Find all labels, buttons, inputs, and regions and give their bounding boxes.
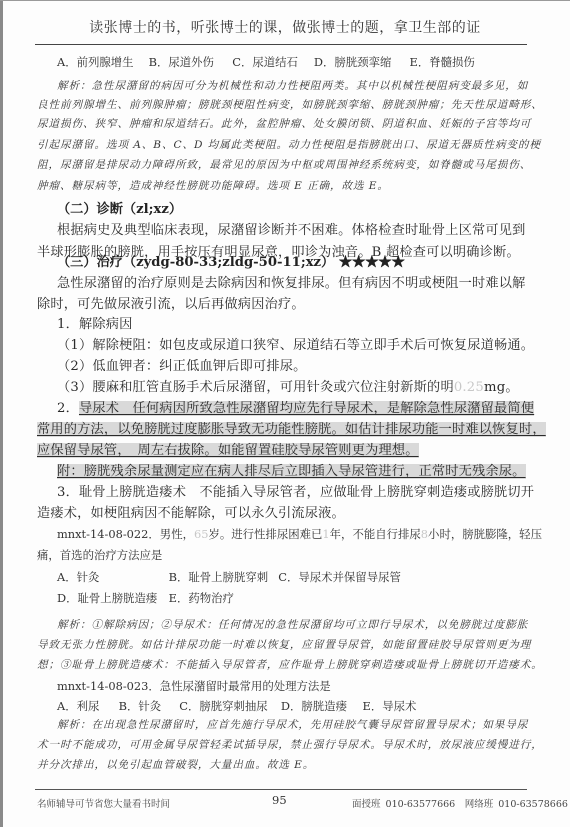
diagnosis-text: 根据病史及典型临床表现，尿潴留诊断并不困难。体格检查时耻骨上区常可见到 xyxy=(57,219,547,238)
duration-value: 1 xyxy=(322,527,329,541)
explanation-line: 阻，尿潴留是排尿动力障碍所致，最常见的原因为中枢或周围神经系统病变，如脊髓或马尾… xyxy=(37,157,527,172)
treatment-item-3-cont: 造瘘术，如梗阻病因不能解除，可以永久引流尿液。 xyxy=(37,502,527,521)
option-e: E．脊髓损伤 xyxy=(410,54,475,70)
highlighted-text: 应保留导尿管， 周左右拔除。如能留置硅胶导尿管则更为理想。 xyxy=(37,443,419,458)
question-options: A．针灸 B．耻骨上膀胱穿刺 C．导尿术并保留导尿管 xyxy=(57,569,547,585)
option-c: C．导尿术并保留导尿管 xyxy=(278,569,401,585)
footer-slogan: 名师辅导可节省您大量看书时间 xyxy=(37,796,170,810)
stem-text: mnxt-14-08-022．男性， xyxy=(57,527,194,541)
footer-contact: 面授班 010-63577666 网络班 010-63578666 xyxy=(352,796,568,810)
option-b: B．尿道外伤 xyxy=(149,54,229,70)
treatment-sub-item: （2）低血钾者：纠正低血钾后即可排尿。 xyxy=(57,355,547,374)
treatment-sub-item: （1）解除梗阻：如包皮或尿道口狭窄、尿道结石等立即手术后可恢复尿道畅通。 xyxy=(57,334,547,353)
option-e: E．导尿术 xyxy=(363,698,417,714)
question-options: D．耻骨上膀胱造瘘 E．药物治疗 xyxy=(57,590,547,606)
treatment-intro: 急性尿潴留的治疗原则是去除病因和恢复排尿。但有病因不明或梗阻一时难以解 xyxy=(57,272,547,291)
dose-value: 0.25 xyxy=(454,380,484,395)
section-heading-treatment: （三）治疗（zydg-80-33;zldg-50-11;xz） ★★★★★ xyxy=(57,251,547,270)
option-a: A．前列腺增生 xyxy=(57,54,145,70)
explanation-line: 肿瘤、糖尿病等，造成神经性膀胱功能障碍。选项 E 正确，故选 E。 xyxy=(37,178,527,193)
stem-text: 小时，膀胱膨隆，轻压 xyxy=(428,527,542,541)
option-d: D．膀胱颈挛缩 xyxy=(314,54,406,70)
treatment-note: 附：膀胱残余尿量测定应在病人排尽后立即插入导尿管进行，正常时无残余尿。 xyxy=(57,460,547,479)
item-number: 2． xyxy=(57,401,79,416)
importance-stars-icon: ★★★★★ xyxy=(339,255,405,270)
stem-text: 岁。进行性排尿困难已 xyxy=(208,527,322,541)
page-top-border xyxy=(0,0,570,1)
treatment-heading-text: （三）治疗（zydg-80-33;zldg-50-11;xz） xyxy=(57,255,334,270)
prev-question-options: A．前列腺增生 B．尿道外伤 C．尿道结石 D．膀胱颈挛缩 E．脊髓损伤 xyxy=(57,54,547,70)
question-stem-cont: 痛，首选的治疗方法应是 xyxy=(37,547,527,563)
option-b: B．耻骨上膀胱穿刺 xyxy=(169,569,275,585)
sub-item-text: （3）腰麻和肛管直肠手术后尿潴留，可用针灸或穴位注射新斯的明 xyxy=(57,380,454,395)
footer-divider xyxy=(35,789,527,790)
option-b: B．针灸 xyxy=(119,698,176,714)
treatment-intro: 除时，可先做尿液引流，以后再做病因治疗。 xyxy=(37,293,527,312)
explanation-line: 引起尿潴留。选项 A、B、C、D 均属此类梗阻。动力性梗阻是指膀胱出口、尿道无器… xyxy=(37,137,527,152)
explanation-line: 术一时不能成功，可用金属导尿管轻柔试插导尿，禁止强行导尿术。导尿术时，放尿液应缓… xyxy=(37,737,527,752)
explanation-line: 解析：在出现急性尿潴留时，应首先施行导尿术，先用硅胶气囊导尿管留置导尿术；如果导… xyxy=(57,717,547,732)
question-options: A．利尿 B．针灸 C．膀胱穿刺抽尿 D．膀胱造瘘 E．导尿术 xyxy=(57,698,547,714)
treatment-item-2-cont: 常用的方法，以免膀胱过度膨胀导致无功能性膀胱。如估计排尿功能一时难以恢复时， xyxy=(37,418,527,437)
hours-value: 8 xyxy=(421,527,428,541)
explanation-line: 良性前列腺增生、前列腺肿瘤；膀胱颈梗阻性病变，如膀胱颈挛缩、膀胱颈肿瘤；先天性尿… xyxy=(37,97,527,112)
age-value: 65 xyxy=(194,527,209,541)
explanation-line: 导致无张力性膀胱。如估计排尿功能一时难以恢复，应留置导尿管，如能留置硅胶导尿管则… xyxy=(37,637,527,652)
section-heading-diagnosis: （二）诊断（zl;xz） xyxy=(57,198,547,217)
explanation-line: 解析：①解除病因；②导尿术：任何情况的急性尿潴留均可立即行导尿术，以免膀胱过度膨… xyxy=(57,617,547,632)
option-c: C．膀胱穿刺抽尿 xyxy=(179,698,277,714)
question-stem: mnxt-14-08-022．男性，65岁。进行性排尿困难已1年，不能自行排尿8… xyxy=(57,526,547,542)
highlighted-note: 附：膀胱残余尿量测定应在病人排尽后立即插入导尿管进行，正常时无残余尿。 xyxy=(57,464,526,479)
treatment-item-3: 3．耻骨上膀胱造瘘术 不能插入导尿管者，应做耻骨上膀胱穿刺造瘘或膀胱切开 xyxy=(57,481,547,500)
page-number: 95 xyxy=(272,793,287,807)
explanation-line: 想；③耻骨上膀胱造瘘术：不能插入导尿管者，应作耻骨上膀胱穿刺造瘘或耻骨上膀胱切开… xyxy=(37,657,527,672)
question-stem: mnxt-14-08-023．急性尿潴留时最常用的处理方法是 xyxy=(57,678,547,694)
option-e: E．药物治疗 xyxy=(169,590,234,606)
highlighted-text: 常用的方法，以免膀胱过度膨胀导致无功能性膀胱。如估计排尿功能一时难以恢复时， xyxy=(37,422,546,437)
explanation-line: 尿道损伤、狭窄、肿瘤和尿道结石。此外，盆腔肿瘤、处女膜闭锁、阴道积血、妊娠的子宫… xyxy=(37,116,527,131)
treatment-item-2: 2．导尿术 任何病因所致急性尿潴留均应先行导尿术，是解除急性尿潴留最简便 xyxy=(57,397,547,416)
explanation-line: 解析：急性尿潴留的病因可分为机械性和动力性梗阻两类。其中以机械性梗阻病变最多见，… xyxy=(57,78,547,93)
explanation-line: 并分次排出，以免引起血管破裂，大量出血。故选 E。 xyxy=(37,757,527,772)
option-a: A．利尿 xyxy=(57,698,115,714)
treatment-item-2-cont: 应保留导尿管， 周左右拔除。如能留置硅胶导尿管则更为理想。 xyxy=(37,439,527,458)
highlighted-text: 导尿术 任何病因所致急性尿潴留均应先行导尿术，是解除急性尿潴留最简便 xyxy=(79,401,534,416)
stem-text: 年，不能自行排尿 xyxy=(330,527,421,541)
dose-unit: mg。 xyxy=(484,380,519,395)
page-left-border xyxy=(0,0,3,827)
page-header-title: 读张博士的书，听张博士的课，做张博士的题，拿卫生部的证 xyxy=(0,17,570,37)
header-divider xyxy=(35,44,527,45)
option-a: A．针灸 xyxy=(57,569,165,585)
treatment-item-1-title: 1．解除病因 xyxy=(57,313,547,332)
treatment-sub-item: （3）腰麻和肛管直肠手术后尿潴留，可用针灸或穴位注射新斯的明0.25mg。 xyxy=(57,376,547,395)
option-d: D．耻骨上膀胱造瘘 xyxy=(57,590,165,606)
option-c: C．尿道结石 xyxy=(232,54,310,70)
option-d: D．膀胱造瘘 xyxy=(281,698,359,714)
